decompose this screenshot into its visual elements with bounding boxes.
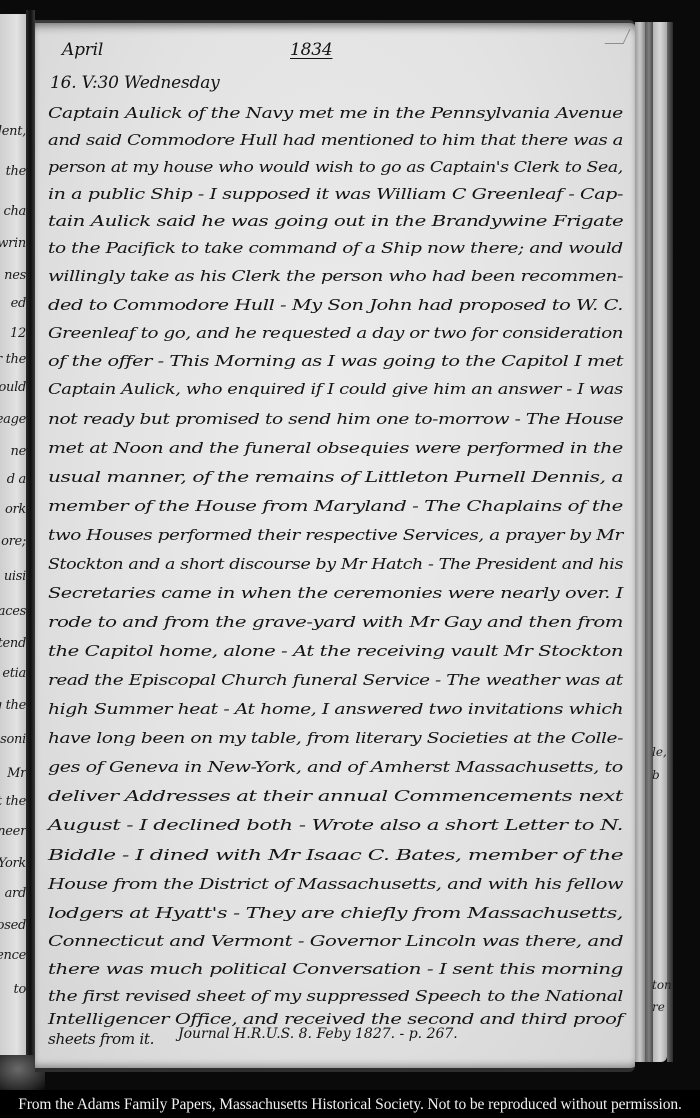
manuscript-line: Biddle - I dined with Mr Isaac C. Bates,… bbox=[48, 846, 623, 864]
manuscript-line: rode to and from the grave-yard with Mr … bbox=[48, 613, 623, 631]
manuscript-line: and said Commodore Hull had mentioned to… bbox=[48, 131, 623, 149]
prev-page-fragment: ore; bbox=[1, 534, 26, 549]
manuscript-line: have long been on my table, from literar… bbox=[48, 729, 623, 747]
manuscript-line: ded to Commodore Hull - My Son John had … bbox=[48, 296, 623, 314]
prev-page-fragment: ould bbox=[0, 380, 26, 395]
prev-page-fragment: sident, bbox=[0, 124, 26, 139]
page-edge bbox=[635, 22, 645, 1062]
page-edge-shadow bbox=[667, 22, 673, 1062]
manuscript-line: ges of Geneva in New-York, and of Amhers… bbox=[48, 758, 623, 776]
next-page-edge bbox=[653, 22, 667, 1062]
manuscript-line: the first revised sheet of my suppressed… bbox=[48, 987, 623, 1005]
next-page-fragment: re bbox=[652, 1000, 665, 1014]
manuscript-line: lodgers at Hyatt's - They are chiefly fr… bbox=[48, 904, 623, 922]
prev-page-fragment: g the bbox=[0, 698, 26, 713]
copyright-caption: From the Adams Family Papers, Massachuse… bbox=[0, 1096, 700, 1114]
prev-page-fragment: rence bbox=[0, 948, 26, 963]
manuscript-line: usual manner, of the remains of Littleto… bbox=[48, 468, 623, 486]
page-edge-shadow bbox=[645, 22, 653, 1062]
manuscript-line: met at Noon and the funeral obsequies we… bbox=[48, 439, 623, 457]
prev-page-fragment: nes bbox=[4, 268, 26, 283]
manuscript-line: not ready but promised to send him one t… bbox=[48, 410, 623, 428]
next-page-fragment: le, bbox=[652, 745, 667, 759]
manuscript-line: deliver Addresses at their annual Commen… bbox=[48, 787, 623, 805]
folded-corner bbox=[605, 29, 631, 44]
book-binding-gutter bbox=[26, 10, 35, 1070]
prev-page-fragment: wrin bbox=[0, 236, 26, 251]
prev-page-fragment: tend bbox=[0, 636, 26, 651]
manuscript-line: Connecticut and Vermont - Governor Linco… bbox=[48, 932, 623, 950]
manuscript-line: in a public Ship - I supposed it was Wil… bbox=[48, 185, 623, 203]
entry-month: April bbox=[62, 40, 103, 60]
manuscript-line: sheets from it. bbox=[48, 1030, 154, 1048]
prev-page-fragment: ed bbox=[11, 296, 26, 311]
next-page-fragment: ton bbox=[652, 978, 672, 992]
manuscript-line: there was much political Conversation - … bbox=[48, 960, 623, 978]
prev-page-fragment: ne bbox=[11, 444, 26, 459]
manuscript-line: Greenleaf to go, and he requested a day … bbox=[48, 324, 623, 342]
prev-page-fragment: to bbox=[14, 982, 26, 997]
manuscript-line: House from the District of Massachusetts… bbox=[48, 875, 623, 893]
manuscript-line: of the offer - This Morning as I was goi… bbox=[48, 352, 623, 370]
manuscript-line: tain Aulick said he was going out in the… bbox=[48, 212, 623, 230]
manuscript-line: August - I declined both - Wrote also a … bbox=[48, 816, 623, 834]
next-page-fragment: b bbox=[652, 768, 660, 782]
manuscript-line: the Capitol home, alone - At the receivi… bbox=[48, 642, 623, 660]
manuscript-line: Secretaries came in when the ceremonies … bbox=[48, 584, 623, 602]
prev-page-fragment: r the bbox=[0, 352, 26, 367]
prev-page-fragment: osed bbox=[0, 918, 26, 933]
prev-page-fragment: e cha bbox=[0, 204, 26, 219]
manuscript-line: Captain Aulick, who enquired if I could … bbox=[48, 380, 623, 398]
prev-page-fragment: the bbox=[6, 164, 26, 179]
manuscript-line: person at my house who would wish to go … bbox=[48, 158, 623, 176]
prev-page-fragment: York bbox=[0, 856, 26, 871]
previous-page-edge: sident, the e cha wrin nes ed 12 r the o… bbox=[0, 14, 28, 1064]
prev-page-fragment: t the bbox=[0, 794, 26, 809]
prev-page-fragment: aces bbox=[0, 604, 26, 619]
entry-year: 1834 bbox=[290, 40, 332, 60]
manuscript-line: two Houses performed their respective Se… bbox=[48, 526, 623, 544]
manuscript-line: Stockton and a short discourse by Mr Hat… bbox=[48, 555, 623, 573]
manuscript-line: to the Pacifick to take command of a Shi… bbox=[48, 239, 623, 257]
prev-page-fragment: 12 bbox=[10, 326, 26, 341]
entry-date-line: 16. V:30 Wednesday bbox=[50, 73, 220, 93]
prev-page-fragment: ork bbox=[5, 502, 26, 517]
journal-citation: Journal H.R.U.S. 8. Feby 1827. - p. 267. bbox=[178, 1026, 458, 1042]
prev-page-fragment: ard bbox=[5, 886, 26, 901]
prev-page-fragment: Geage bbox=[0, 412, 26, 427]
prev-page-fragment: Mr bbox=[7, 766, 26, 781]
prev-page-fragment: neer bbox=[0, 824, 26, 839]
manuscript-line: read the Episcopal Church funeral Servic… bbox=[48, 671, 623, 689]
prev-page-fragment: d a bbox=[7, 472, 26, 487]
scanned-book-spread: sident, the e cha wrin nes ed 12 r the o… bbox=[0, 0, 700, 1090]
prev-page-fragment: uisi bbox=[4, 569, 26, 584]
prev-page-fragment: etia bbox=[2, 666, 26, 681]
manuscript-line: member of the House from Maryland - The … bbox=[48, 497, 623, 515]
manuscript-line: high Summer heat - At home, I answered t… bbox=[48, 700, 623, 718]
prev-page-fragment: soni bbox=[0, 732, 26, 747]
manuscript-line: Captain Aulick of the Navy met me in the… bbox=[48, 104, 623, 122]
manuscript-line: willingly take as his Clerk the person w… bbox=[48, 267, 623, 285]
